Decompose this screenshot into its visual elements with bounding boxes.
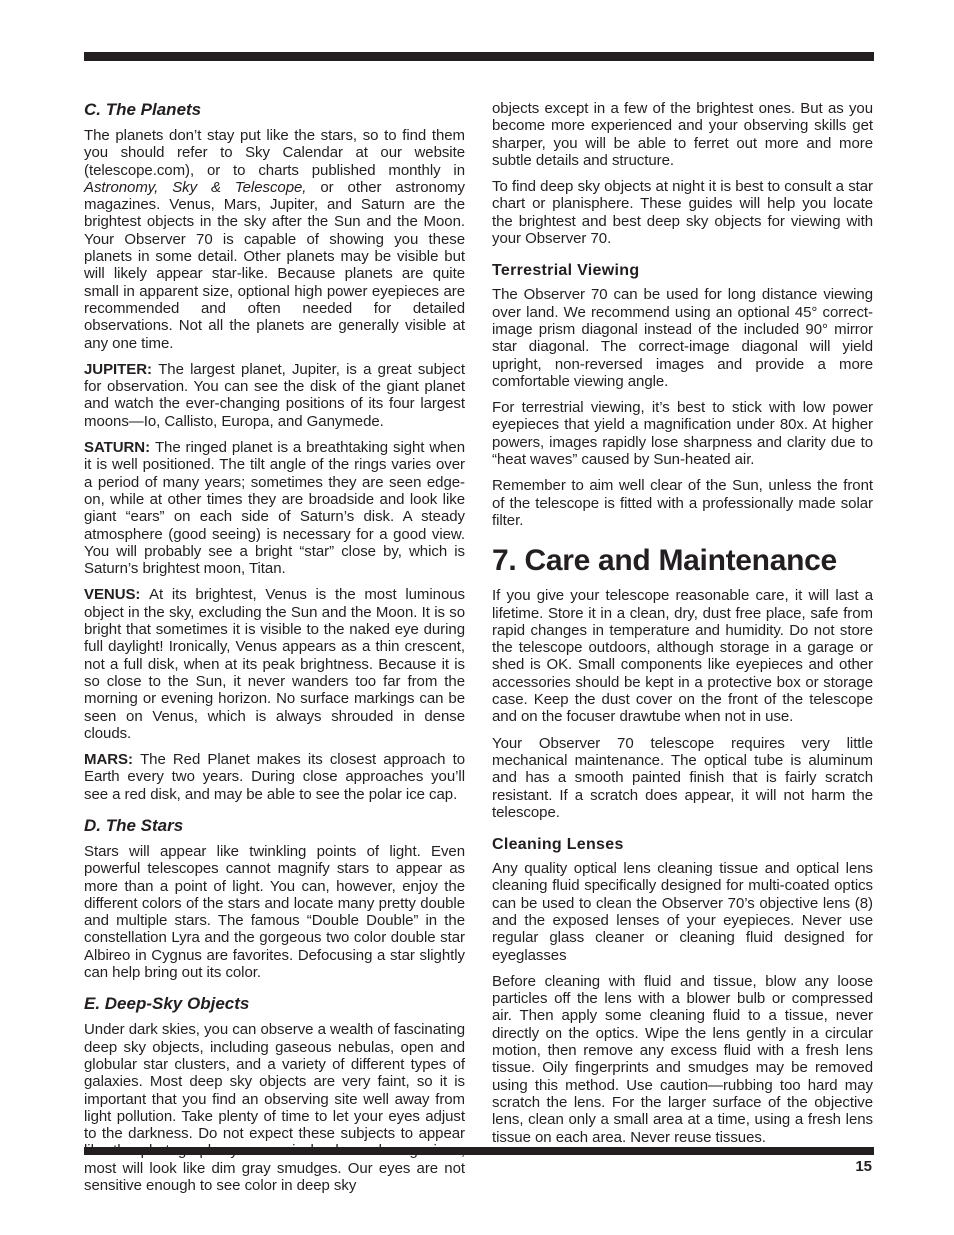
body-text: Remember to aim well clear of the Sun, u…	[492, 477, 873, 529]
heading-deep-sky-objects: E. Deep-Sky Objects	[84, 994, 465, 1014]
bottom-rule	[84, 1147, 874, 1155]
run-in-label: MARS:	[84, 751, 140, 768]
body-text: Before cleaning with fluid and tissue, b…	[492, 973, 873, 1146]
para-care-2: Your Observer 70 telescope requires very…	[492, 735, 873, 821]
body-text: Under dark skies, you can observe a weal…	[84, 1021, 465, 1194]
para-care-1: If you give your telescope reasonable ca…	[492, 587, 873, 725]
run-in-label: SATURN:	[84, 439, 155, 456]
body-text: objects except in a few of the brightest…	[492, 100, 873, 169]
para-star-chart: To find deep sky objects at night it is …	[492, 178, 873, 247]
para-terrestrial-1: The Observer 70 can be used for long dis…	[492, 286, 873, 390]
heading-terrestrial-viewing: Terrestrial Viewing	[492, 261, 873, 280]
run-in-label: JUPITER:	[84, 361, 158, 378]
para-stars: Stars will appear like twinkling points …	[84, 843, 465, 981]
para-deep-sky: Under dark skies, you can observe a weal…	[84, 1021, 465, 1194]
body-text: The Observer 70 can be used for long dis…	[492, 286, 873, 389]
para-venus: VENUS: At its brightest, Venus is the mo…	[84, 586, 465, 742]
para-mars: MARS: The Red Planet makes its closest a…	[84, 751, 465, 803]
para-terrestrial-2: For terrestrial viewing, it’s best to st…	[492, 399, 873, 468]
body-text: Stars will appear like twinkling points …	[84, 843, 465, 981]
body-text: Your Observer 70 telescope requires very…	[492, 735, 873, 821]
right-column: objects except in a few of the brightest…	[492, 100, 873, 1155]
manual-page: C. The PlanetsThe planets don’t stay put…	[0, 0, 954, 1235]
run-in-label: VENUS:	[84, 586, 149, 603]
body-text: or other astronomy magazines. Venus, Mar…	[84, 179, 465, 352]
body-text: The Red Planet makes its closest approac…	[84, 751, 465, 803]
para-cleaning-2: Before cleaning with fluid and tissue, b…	[492, 973, 873, 1146]
two-column-layout: C. The PlanetsThe planets don’t stay put…	[84, 100, 874, 1203]
para-cleaning-1: Any quality optical lens cleaning tissue…	[492, 860, 873, 964]
para-planets-intro: The planets don’t stay put like the star…	[84, 127, 465, 352]
para-deep-sky-continued: objects except in a few of the brightest…	[492, 100, 873, 169]
left-column: C. The PlanetsThe planets don’t stay put…	[84, 100, 465, 1203]
para-terrestrial-3: Remember to aim well clear of the Sun, u…	[492, 477, 873, 529]
heading-the-stars: D. The Stars	[84, 816, 465, 836]
italic-text: Astronomy, Sky & Telescope,	[84, 179, 306, 196]
body-text: For terrestrial viewing, it’s best to st…	[492, 399, 873, 468]
heading-the-planets: C. The Planets	[84, 100, 465, 120]
body-text: Any quality optical lens cleaning tissue…	[492, 860, 873, 963]
para-jupiter: JUPITER: The largest planet, Jupiter, is…	[84, 361, 465, 430]
body-text: To find deep sky objects at night it is …	[492, 178, 873, 247]
heading-cleaning-lenses: Cleaning Lenses	[492, 835, 873, 854]
body-text: The ringed planet is a breathtaking sigh…	[84, 439, 465, 577]
body-text: At its brightest, Venus is the most lumi…	[84, 586, 465, 741]
heading-care-and-maintenance: 7. Care and Maintenance	[492, 544, 873, 577]
page-number: 15	[855, 1158, 872, 1175]
body-text: The planets don’t stay put like the star…	[84, 127, 465, 179]
para-saturn: SATURN: The ringed planet is a breathtak…	[84, 439, 465, 577]
body-text: If you give your telescope reasonable ca…	[492, 587, 873, 725]
top-rule	[84, 52, 874, 61]
